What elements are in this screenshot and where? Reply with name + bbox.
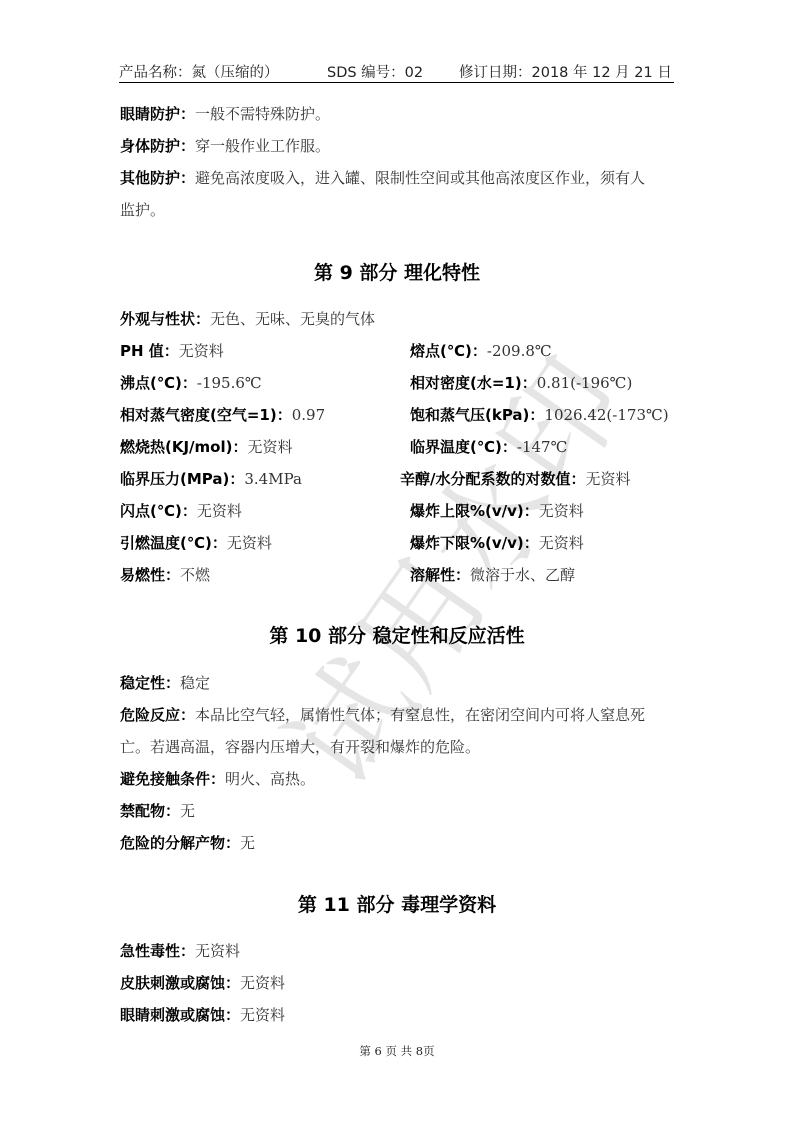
revision-date: 修订日期：2018 年 12 月 21 日 (459, 61, 672, 82)
body-protection: 身体防护：穿一般作业工作服。 (120, 136, 330, 156)
eye-protection: 眼睛防护：一般不需特殊防护。 (120, 104, 330, 124)
skin-irritation: 皮肤刺激或腐蚀：无资料 (120, 973, 285, 993)
page-header: 产品名称：氮（压缩的） SDS 编号：02 修订日期：2018 年 12 月 2… (119, 60, 674, 83)
incompatible-materials: 禁配物：无 (120, 801, 195, 821)
prop-boiling-point: 沸点(℃)：-195.6℃ (120, 373, 262, 393)
other-protection-cont: 监护。 (120, 200, 165, 220)
acute-toxicity: 急性毒性：无资料 (120, 941, 240, 961)
prop-ph: PH 值：无资料 (120, 341, 224, 361)
decomposition-products: 危险的分解产物：无 (120, 833, 255, 853)
prop-flash-point: 闪点(℃)：无资料 (120, 501, 242, 521)
prop-ignition-temp: 引燃温度(℃)：无资料 (120, 533, 272, 553)
conditions-to-avoid: 避免接触条件：明火、高热。 (120, 769, 315, 789)
product-name: 产品名称：氮（压缩的） (119, 61, 279, 82)
section-11-title: 第 11 部分 毒理学资料 (0, 890, 794, 917)
eye-irritation: 眼睛刺激或腐蚀：无资料 (120, 1005, 285, 1025)
prop-lower-explosive-limit: 爆炸下限%(v/v)：无资料 (410, 533, 584, 553)
prop-vapor-density: 相对蒸气密度(空气=1)：0.97 (120, 405, 325, 425)
prop-critical-pressure: 临界压力(MPa)：3.4MPa (120, 469, 302, 489)
prop-melting-point: 熔点(℃)：-209.8℃ (410, 341, 552, 361)
prop-combustion-heat: 燃烧热(KJ/mol)：无资料 (120, 437, 293, 457)
prop-upper-explosive-limit: 爆炸上限%(v/v)：无资料 (410, 501, 584, 521)
prop-vapor-pressure: 饱和蒸气压(kPa)：1026.42(-173℃) (410, 405, 669, 425)
document-page: 产品名称：氮（压缩的） SDS 编号：02 修订日期：2018 年 12 月 2… (0, 0, 794, 1123)
stability: 稳定性：稳定 (120, 673, 210, 693)
prop-octanol-water: 辛醇/水分配系数的对数值：无资料 (400, 469, 631, 489)
prop-critical-temp: 临界温度(℃)：-147℃ (410, 437, 567, 457)
hazardous-reactions: 危险反应：本品比空气轻，属惰性气体；有窒息性，在密闭空间内可将人窒息死 (120, 705, 645, 725)
section-9-title: 第 9 部分 理化特性 (0, 258, 794, 285)
appearance: 外观与性状：无色、无味、无臭的气体 (120, 309, 375, 329)
prop-relative-density: 相对密度(水=1)：0.81(-196℃) (410, 373, 632, 393)
prop-flammability: 易燃性：不燃 (120, 565, 210, 585)
hazardous-reactions-cont: 亡。若遇高温，容器内压增大，有开裂和爆炸的危险。 (120, 737, 480, 757)
section-10-title: 第 10 部分 稳定性和反应活性 (0, 621, 794, 648)
page-number: 第 6 页 共 8页 (0, 1043, 794, 1059)
other-protection: 其他防护：避免高浓度吸入，进入罐、限制性空间或其他高浓度区作业，须有人 (120, 168, 645, 188)
sds-number: SDS 编号：02 (327, 61, 423, 82)
prop-solubility: 溶解性：微溶于水、乙醇 (410, 565, 575, 585)
